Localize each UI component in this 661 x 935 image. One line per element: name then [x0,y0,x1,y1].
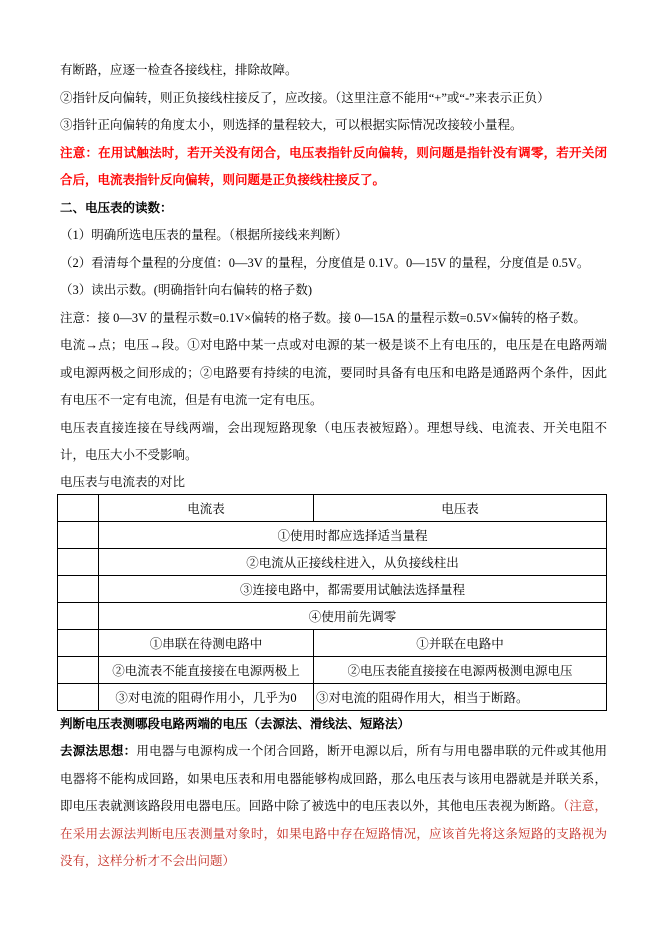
reading-step-3: （3）读出示数。(明确指针向右偏转的格子数) [60,277,607,305]
paragraph-item3-small-angle: ③指针正向偏转的角度太小，则选择的量程较大，可以根据实际情况改接较小量程。 [60,112,607,140]
paragraph-broken-circuit: 有断路，应逐一检查各接线柱，排除故障。 [60,57,607,85]
paragraph-current-voltage-concept: 电流→点；电压→段。①对电路中某一点或对电源的某一极是谈不上有电压的，电压是在电… [60,332,607,415]
table-cell-voltmeter: ①并联在电路中 [314,629,607,656]
document-page: 有断路，应逐一检查各接线柱，排除故障。 ②指针反向偏转，则正负接线柱接反了，应改… [60,57,607,876]
table-row-diff-1: ①串联在待测电路中 ①并联在电路中 [58,629,607,656]
table-blank-cell [58,656,99,683]
paragraph-voltmeter-short-circuit: 电压表直接连接在导线两端，会出现短路现象（电压表被短路）。理想导线、电流表、开关… [60,415,607,470]
table-row-common-3: ③连接电路中，都需要用试触法选择量程 [58,575,607,602]
paragraph-quyuanfa: 去源法思想：用电器与电源构成一个闭合回路，断开电源以后，所有与用电器串联的元件或… [60,738,607,876]
comparison-table-caption: 电压表与电流表的对比 [60,470,607,494]
table-cell-ammeter: ③对电流的阻碍作用小，几乎为0 [99,683,314,710]
table-row-diff-2: ②电流表不能直接接在电源两极上 ②电压表能直接接在电源两极测电源电压 [58,656,607,683]
warning-test-touch: 注意：在用试触法时，若开关没有闭合，电压表指针反向偏转，则问题是指针没有调零，若… [60,140,607,195]
reading-step-2: （2）看清每个量程的分度值：0—3V 的量程，分度值是 0.1V。0—15V 的… [60,250,607,278]
table-cell-common: ③连接电路中，都需要用试触法选择量程 [99,575,607,602]
table-cell-voltmeter: ②电压表能直接接在电源两极测电源电压 [314,656,607,683]
section-heading-voltmeter-reading: 二、电压表的读数： [60,195,607,223]
reading-step-1: （1）明确所选电压表的量程。（根据所接线来判断） [60,222,607,250]
table-header-row: 电流表 电压表 [58,494,607,521]
table-cell-ammeter: ①串联在待测电路中 [99,629,314,656]
quyuanfa-body-text: 用电器与电源构成一个闭合回路，断开电源以后，所有与用电器串联的元件或其他用电器将… [60,744,607,813]
section-heading-judge-voltage: 判断电压表测哪段电路两端的电压（去源法、滑线法、短路法） [60,711,607,739]
table-blank-cell [58,683,99,710]
table-row-diff-3: ③对电流的阻碍作用小，几乎为0 ③对电流的阻碍作用大，相当于断路。 [58,683,607,710]
quyuanfa-lead-label: 去源法思想： [60,744,136,758]
table-row-common-2: ②电流从正接线柱进入，从负接线柱出 [58,548,607,575]
reading-note: 注意：接 0—3V 的量程示数=0.1V×偏转的格子数。接 0—15A 的量程示… [60,305,607,333]
table-blank-cell [58,629,99,656]
table-blank-cell [58,521,99,548]
table-row-common-4: ④使用前先调零 [58,602,607,629]
table-cell-voltmeter: ③对电流的阻碍作用大，相当于断路。 [314,683,607,710]
table-row-common-1: ①使用时都应选择适当量程 [58,521,607,548]
table-cell-common: ②电流从正接线柱进入，从负接线柱出 [99,548,607,575]
table-blank-cell [58,575,99,602]
table-blank-cell [58,602,99,629]
paragraph-item2-pointer-reverse: ②指针反向偏转，则正负接线柱接反了，应改接。（这里注意不能用“+”或“-”来表示… [60,85,607,113]
table-header-ammeter: 电流表 [99,494,314,521]
table-cell-ammeter: ②电流表不能直接接在电源两极上 [99,656,314,683]
comparison-table: 电流表 电压表 ①使用时都应选择适当量程 ②电流从正接线柱进入，从负接线柱出 ③… [57,494,607,711]
table-cell-common: ④使用前先调零 [99,602,607,629]
table-blank-cell [58,548,99,575]
table-cell-common: ①使用时都应选择适当量程 [99,521,607,548]
table-blank-cell [58,494,99,521]
table-header-voltmeter: 电压表 [314,494,607,521]
